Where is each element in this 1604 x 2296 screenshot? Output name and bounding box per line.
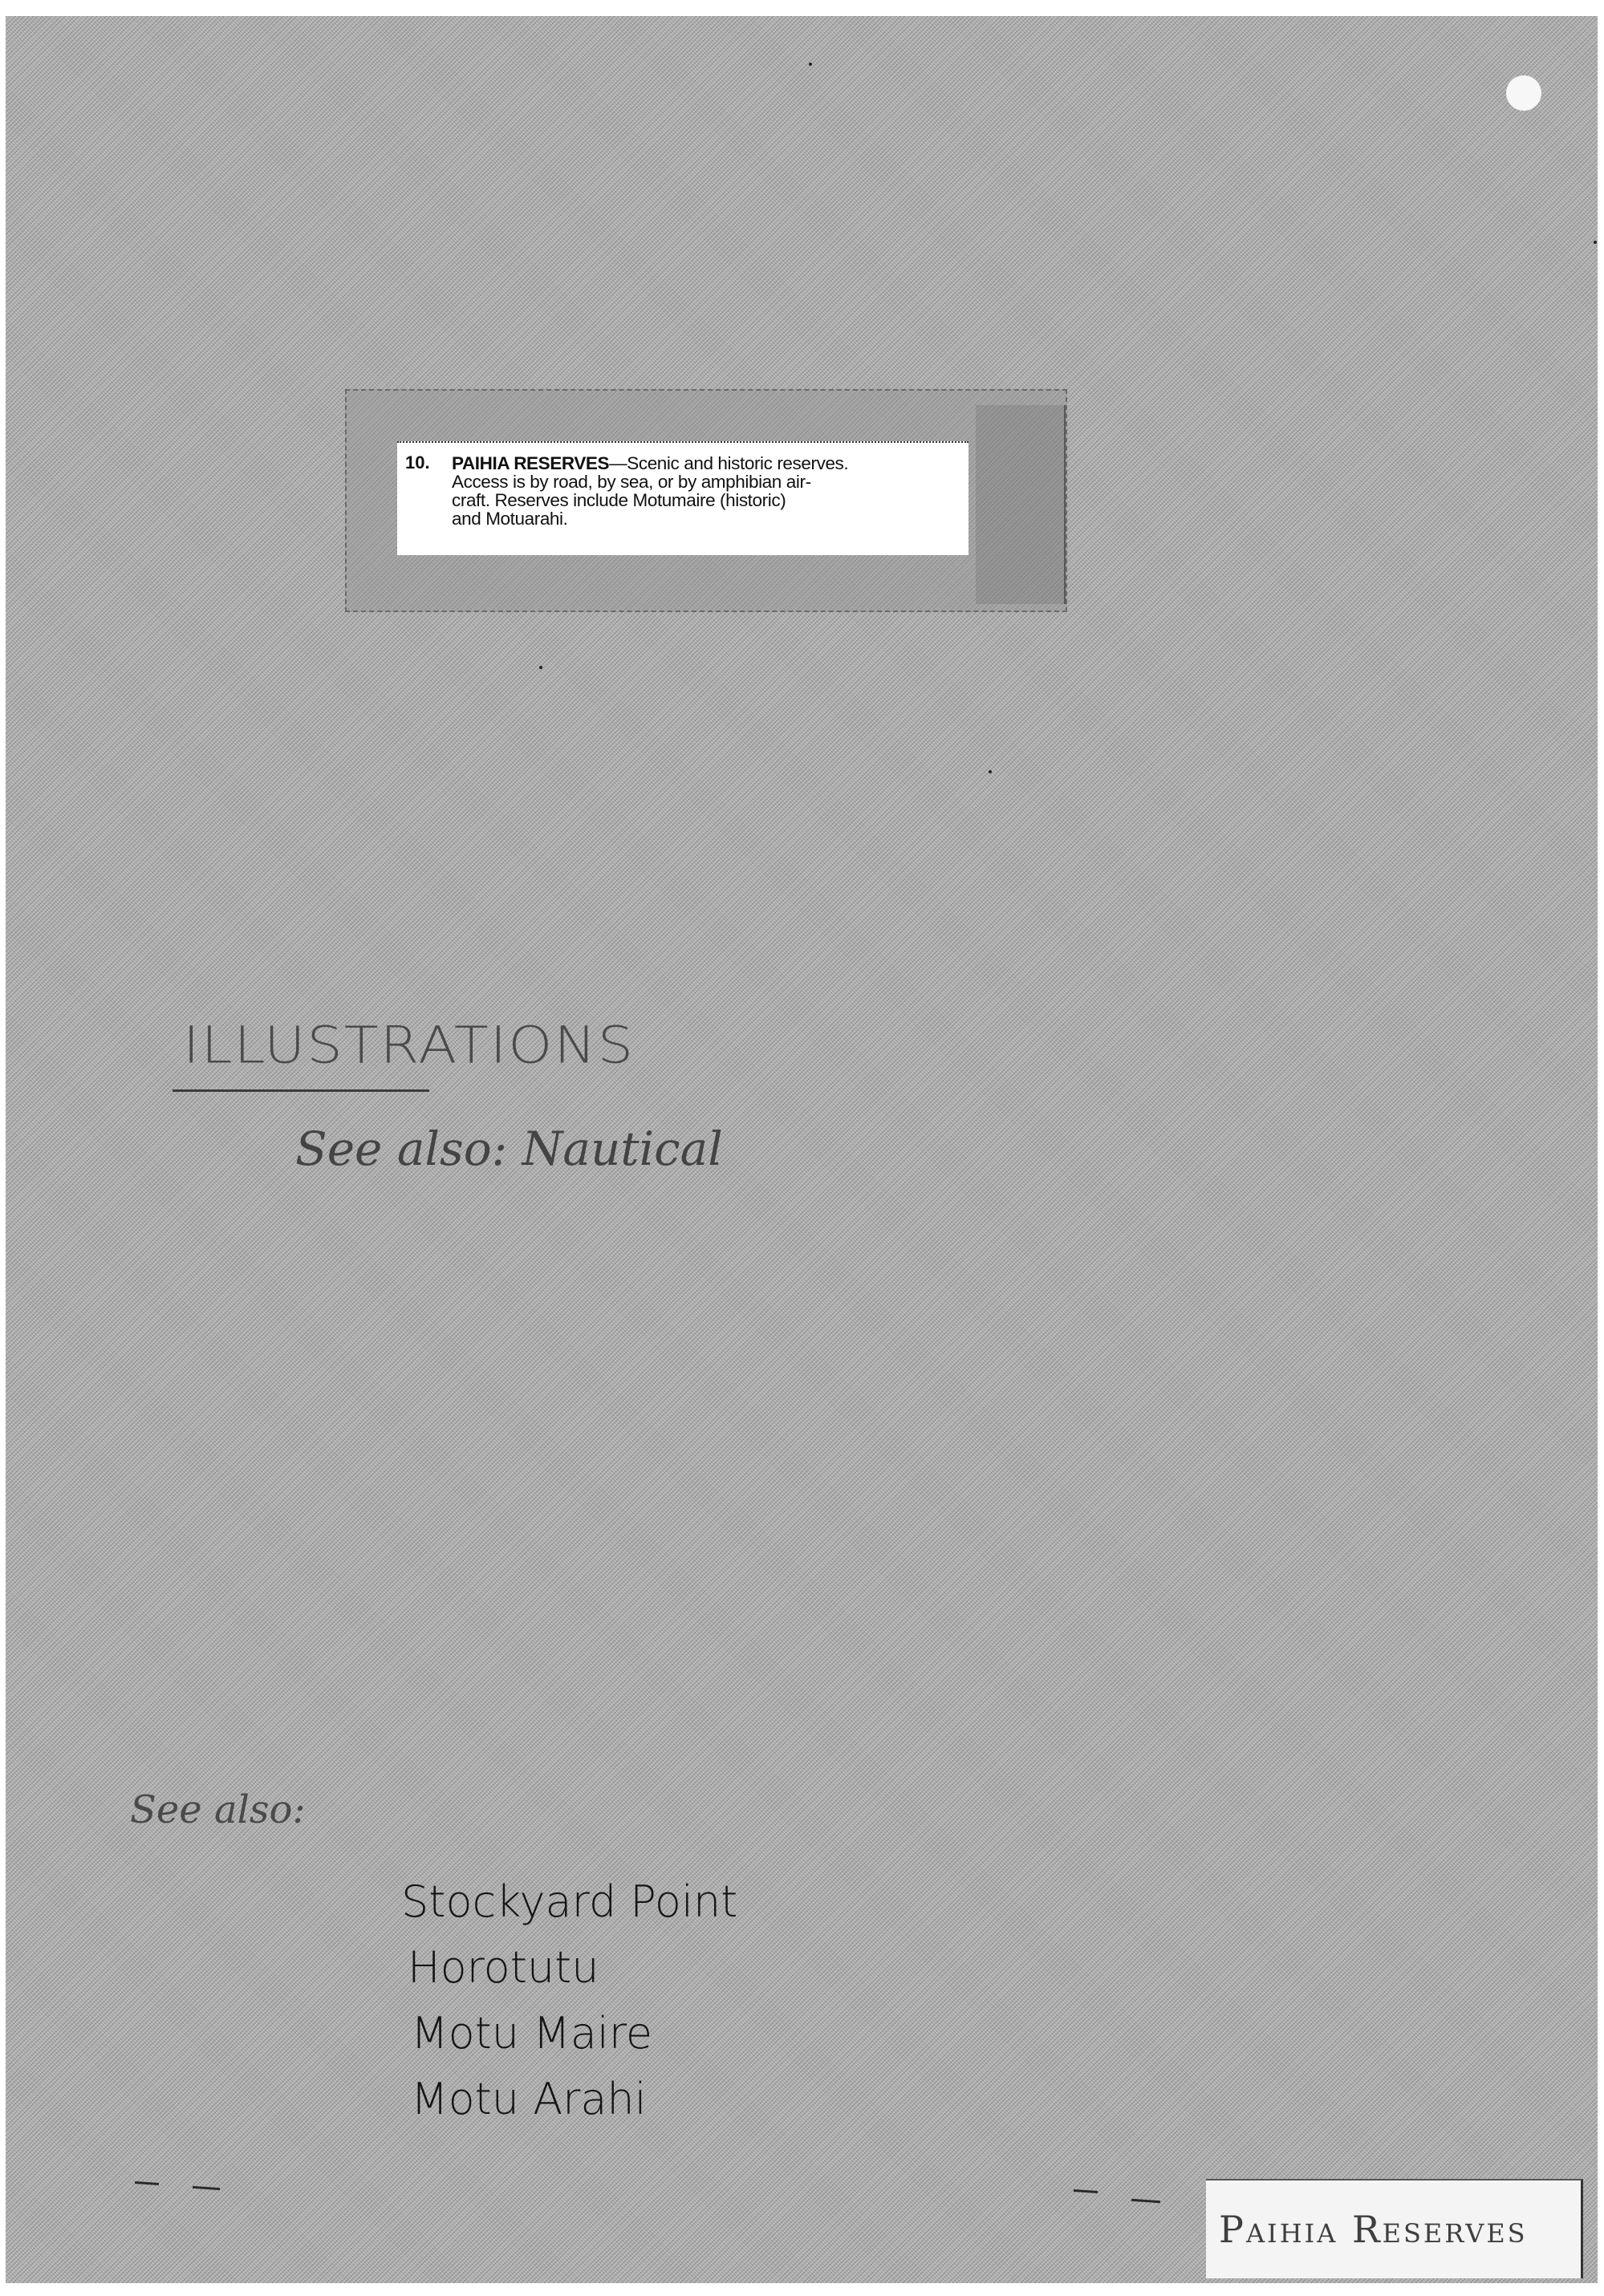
see-also-item: Motu Arahi [411, 2067, 737, 2132]
clipping-number: 10. [405, 454, 452, 547]
see-also-nautical-note: See also: Nautical [295, 1122, 723, 1176]
see-also-item: Stockyard Point [401, 1869, 737, 1935]
see-also-item: Horotutu [408, 1935, 737, 2001]
scan-speck [809, 63, 812, 66]
see-also-label: See also: [130, 1787, 306, 1832]
hole-punch [1506, 75, 1541, 111]
clipping-line-3: craft. Reserves include Motumaire (histo… [452, 491, 959, 509]
clipping-line-2: Access is by road, by sea, or by amphibi… [452, 473, 959, 491]
tape-overlay-right [976, 405, 1066, 604]
clipping-line-4: and Motuarahi. [452, 509, 959, 528]
see-also-list: Stockyard Point Horotutu Motu Maire Motu… [401, 1869, 737, 2132]
scan-speck [539, 666, 542, 669]
clipping-line-1: PAIHIA RESERVES—Scenic and historic rese… [452, 454, 959, 473]
scan-speck [989, 770, 992, 773]
heading-underline [173, 1089, 429, 1092]
clipping-title: PAIHIA RESERVES [452, 453, 609, 473]
illustrations-heading: ILLUSTRATIONS [183, 1016, 635, 1075]
card-label: Paihia Reserves [1206, 2179, 1583, 2278]
see-also-item: Motu Maire [411, 2001, 737, 2067]
scanned-card [6, 16, 1598, 2283]
printed-clipping: 10. PAIHIA RESERVES—Scenic and historic … [397, 441, 968, 555]
scan-speck [1594, 241, 1597, 244]
clipping-body: PAIHIA RESERVES—Scenic and historic rese… [452, 454, 959, 547]
card-label-text: Paihia Reserves [1219, 2208, 1528, 2251]
